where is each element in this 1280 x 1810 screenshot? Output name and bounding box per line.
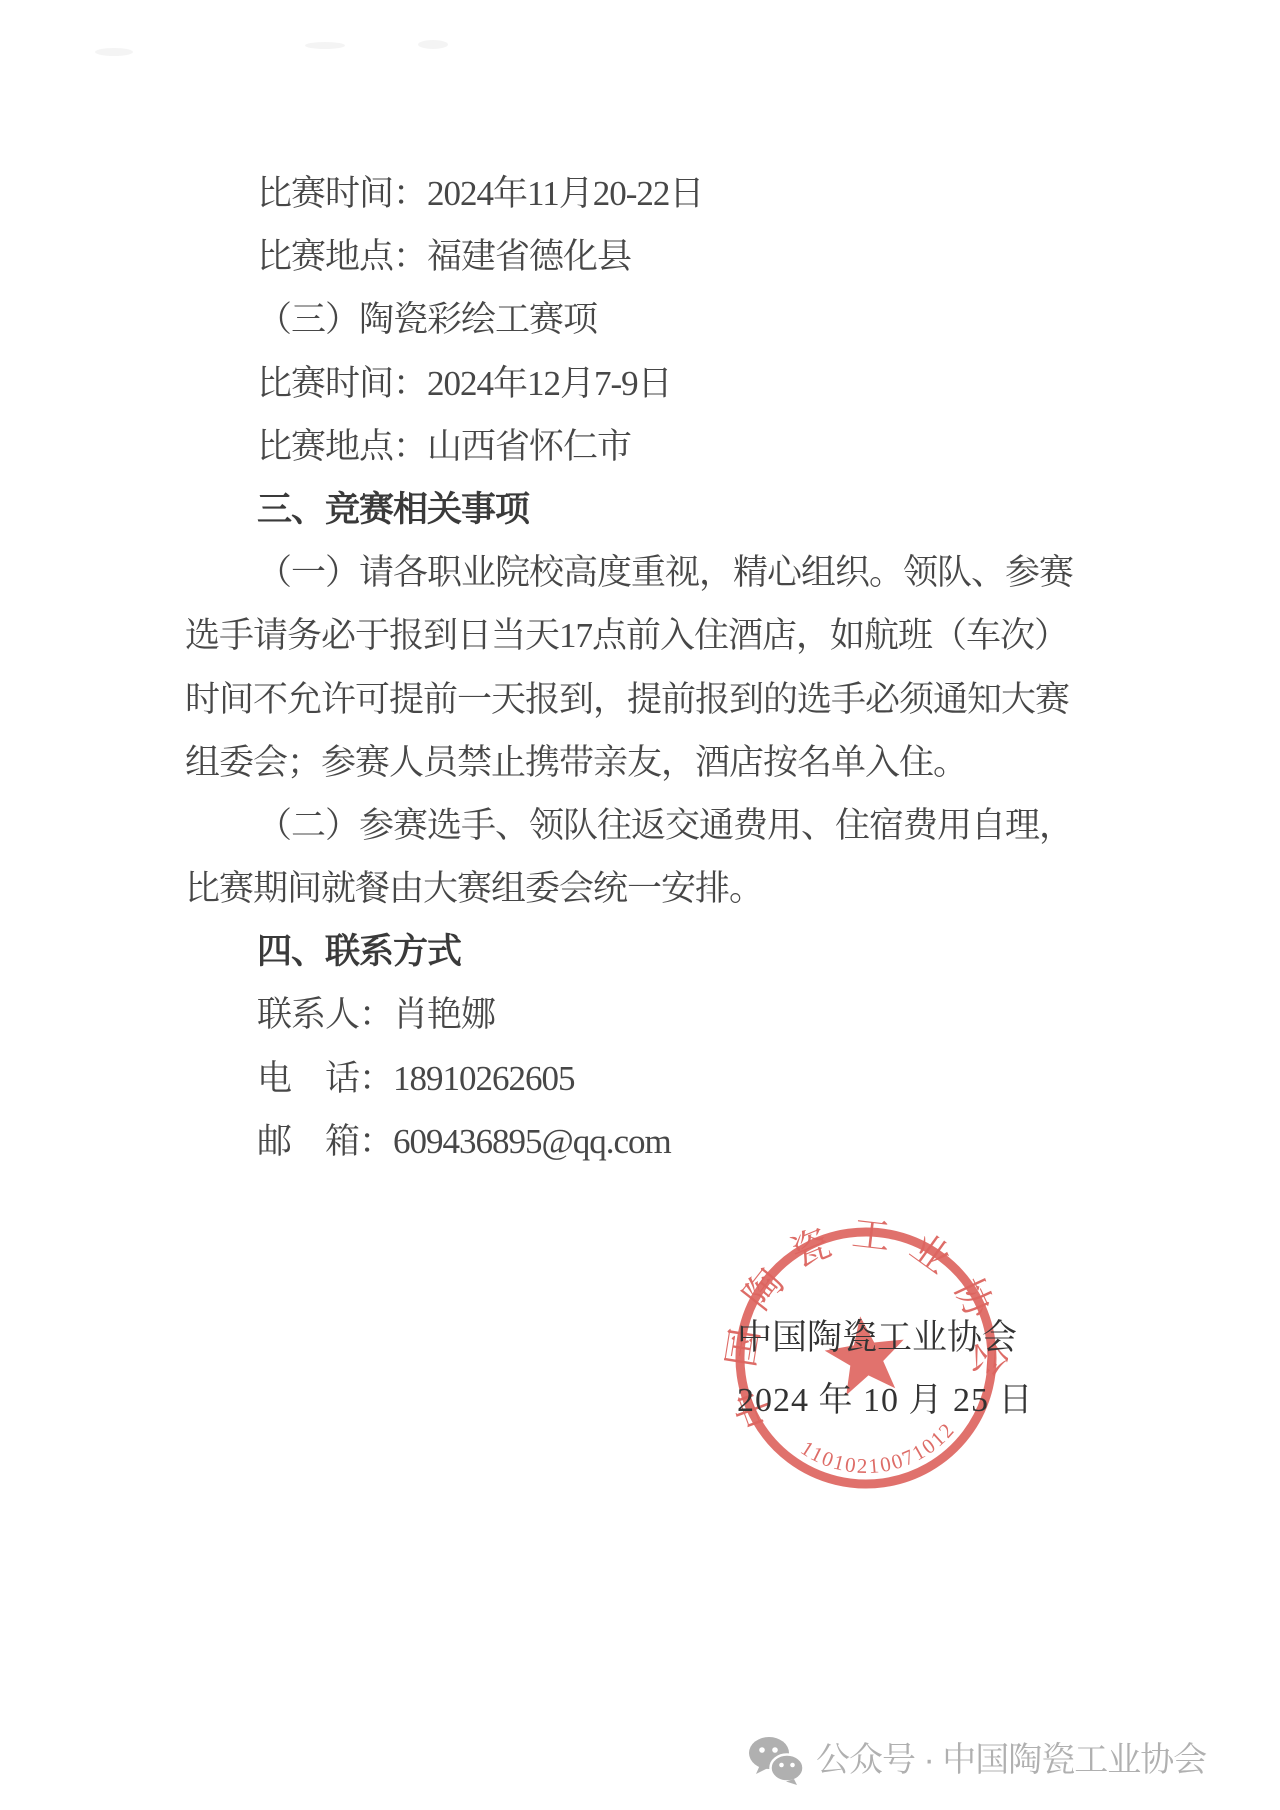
line-contact-phone: 电 话：18910262605 xyxy=(185,1047,1115,1110)
line-item-1-cont-3: 组委会；参赛人员禁止携带亲友，酒店按名单入住。 xyxy=(185,731,1115,794)
section-heading-3: 三、竞赛相关事项 xyxy=(185,478,1115,541)
wechat-icon xyxy=(748,1737,806,1785)
line-competition-place-1: 比赛地点：福建省德化县 xyxy=(185,225,1115,288)
document-body: 比赛时间：2024年11月20-22日 比赛地点：福建省德化县 （三）陶瓷彩绘工… xyxy=(185,162,1115,1173)
line-item-1-cont-1: 选手请务必于报到日当天17点前入住酒店，如航班（车次） xyxy=(185,604,1115,667)
signature-date: 2024 年 10 月 25 日 xyxy=(737,1372,1034,1421)
section-heading-4: 四、联系方式 xyxy=(185,920,1115,983)
scanned-document-page: 比赛时间：2024年11月20-22日 比赛地点：福建省德化县 （三）陶瓷彩绘工… xyxy=(0,0,1280,1810)
line-item-2-cont-1: 比赛期间就餐由大赛组委会统一安排。 xyxy=(185,857,1115,920)
line-item-2-start: （二）参赛选手、领队往返交通费用、住宿费用自理， xyxy=(185,794,1115,857)
line-competition-time-1: 比赛时间：2024年11月20-22日 xyxy=(185,162,1115,225)
line-event-3-title: （三）陶瓷彩绘工赛项 xyxy=(185,288,1115,351)
scan-artifact xyxy=(418,40,448,49)
line-contact-person: 联系人：肖艳娜 xyxy=(185,983,1115,1046)
line-competition-place-2: 比赛地点：山西省怀仁市 xyxy=(185,415,1115,478)
scan-artifact xyxy=(95,48,133,56)
signature-organization: 中国陶瓷工业协会 xyxy=(737,1310,1017,1360)
line-competition-time-2: 比赛时间：2024年12月7-9日 xyxy=(185,352,1115,415)
footer-account-label: 公众号 · 中国陶瓷工业协会 xyxy=(816,1737,1206,1783)
line-item-1-start: （一）请各职业院校高度重视，精心组织。领队、参赛 xyxy=(185,541,1115,604)
line-contact-email: 邮 箱：609436895@qq.com xyxy=(185,1110,1115,1173)
line-item-1-cont-2: 时间不允许可提前一天报到，提前报到的选手必须通知大赛 xyxy=(185,668,1115,731)
scan-artifact xyxy=(305,42,345,49)
footer-public-account: 公众号 · 中国陶瓷工业协会 xyxy=(748,1737,1206,1785)
